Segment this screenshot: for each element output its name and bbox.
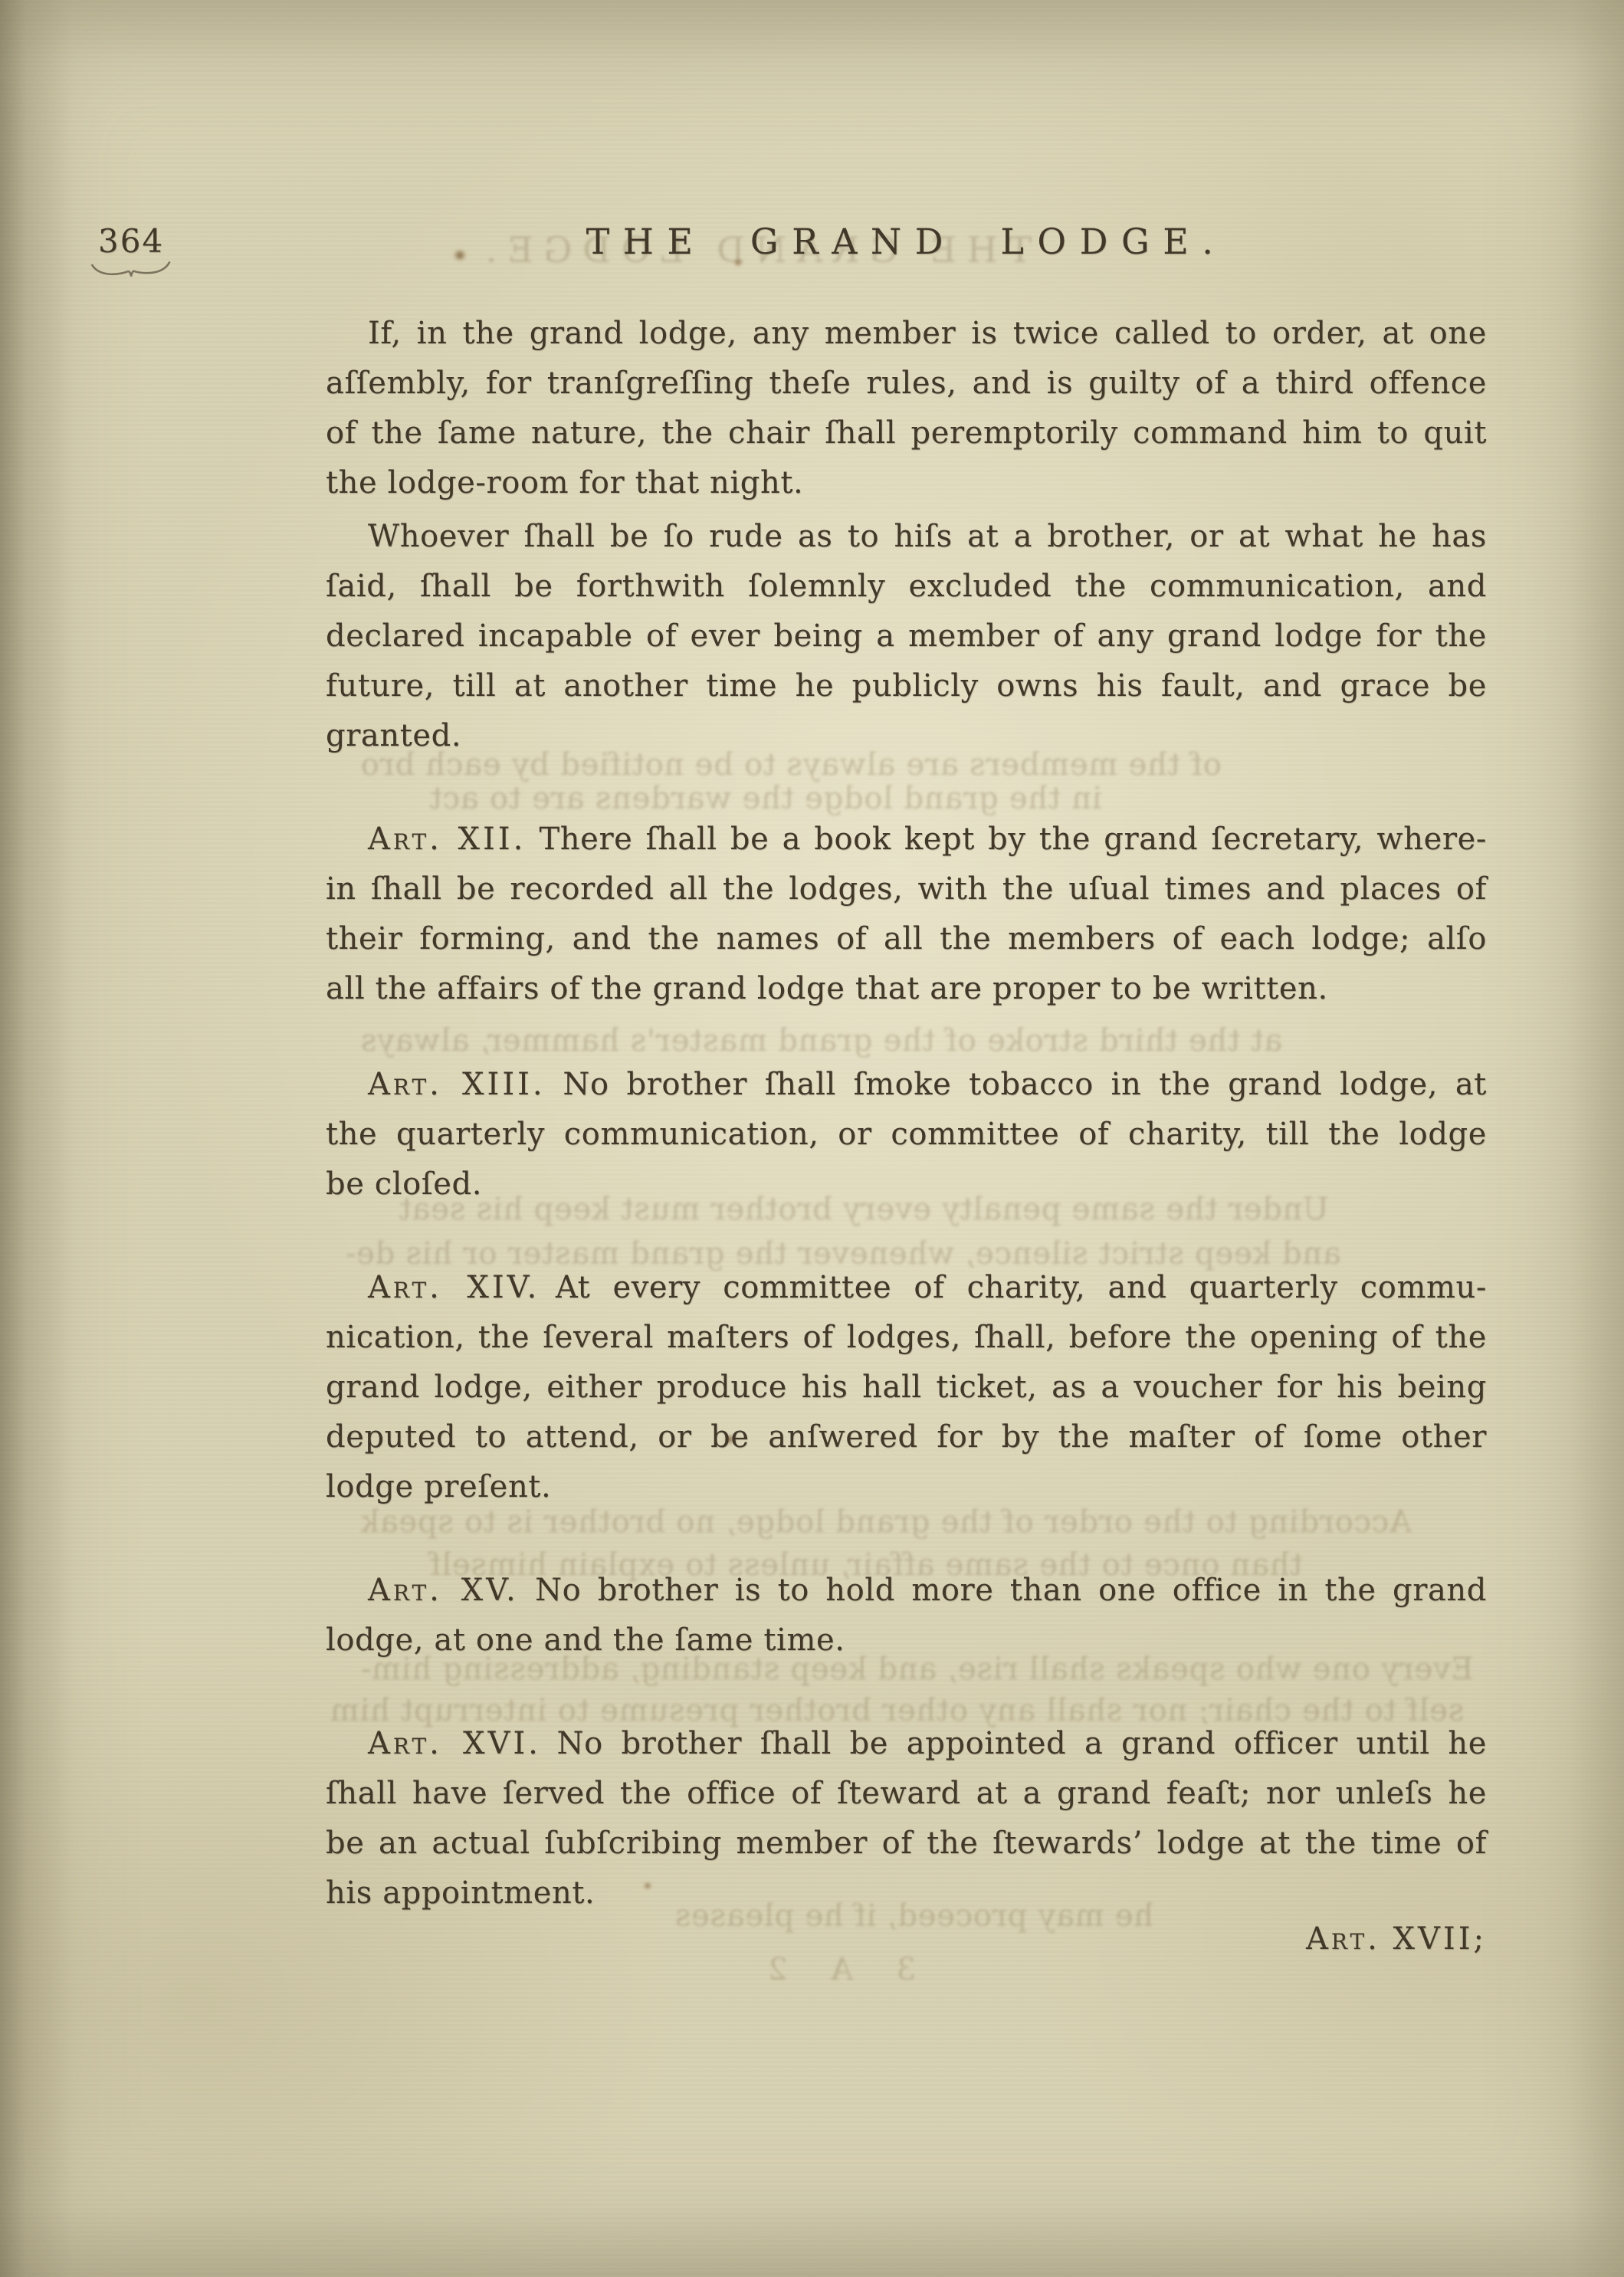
body-line: their forming, and the names of all the … <box>326 914 1487 964</box>
body-line: of the ſame nature, the chair ſhall pere… <box>326 408 1487 458</box>
body-line: be cloſed. <box>326 1160 1487 1209</box>
page-number-brace <box>89 259 174 285</box>
article-first-line-text: At every committee of charity, and quart… <box>540 1270 1487 1305</box>
body-line: nication, the ſeveral maſters of lodges,… <box>326 1313 1487 1363</box>
body-line: Whoever ſhall be ſo rude as to hiſs at a… <box>326 512 1487 562</box>
page-number: 364 <box>98 222 164 260</box>
body-line: grand lodge, either produce his hall tic… <box>326 1363 1487 1412</box>
body-line: Art. XIV. At every committee of charity,… <box>326 1263 1487 1313</box>
paragraph: Whoever ſhall be ſo rude as to hiſs at a… <box>326 512 1487 761</box>
article-label: Art. XV. <box>368 1573 519 1608</box>
book-page-scan: THE GRAND LODGE. of the members are alwa… <box>0 0 1624 2277</box>
body-line: Art. XII. There ſhall be a book kept by … <box>326 815 1487 865</box>
body-line: his appointment. <box>326 1869 1487 1918</box>
body-line: the lodge-room for that night. <box>326 458 1487 508</box>
body-line: be an actual ſubſcribing member of the ſ… <box>326 1819 1487 1869</box>
article-first-line-text: No brother ſhall ſmoke tobacco in the gr… <box>546 1067 1487 1102</box>
article-xiv: Art. XIV. At every committee of charity,… <box>326 1263 1487 1512</box>
body-line: ſaid, ſhall be forthwith ſolemnly exclud… <box>326 562 1487 612</box>
body-line: in ſhall be recorded all the lodges, wit… <box>326 865 1487 914</box>
body-line: Art. XV. No brother is to hold more than… <box>326 1566 1487 1616</box>
body-line: deputed to attend, or be anſwered for by… <box>326 1412 1487 1462</box>
body-line: granted. <box>326 711 1487 761</box>
show-through-text: at the third stroke of the grand master'… <box>360 1018 1282 1064</box>
paragraph: If, in the grand lodge, any member is tw… <box>326 309 1487 508</box>
article-first-line-text: No brother ſhall be appointed a grand of… <box>541 1726 1487 1761</box>
running-header: THE GRAND LODGE. <box>326 221 1487 262</box>
body-line: future, till at another time he publicly… <box>326 661 1487 711</box>
body-line: If, in the grand lodge, any member is tw… <box>326 309 1487 359</box>
article-label: Art. XIV. <box>368 1270 540 1305</box>
article-first-line-text: No brother is to hold more than one offi… <box>519 1573 1487 1608</box>
body-line: declared incapable of ever being a membe… <box>326 612 1487 661</box>
article-label: Art. XVI. <box>368 1726 541 1761</box>
body-line: ſhall have ſerved the office of ſteward … <box>326 1769 1487 1819</box>
article-xvi: Art. XVI. No brother ſhall be appointed … <box>326 1719 1487 1918</box>
body-line: the quarterly communication, or committe… <box>326 1110 1487 1160</box>
catchword-text: Art. XVII; <box>1306 1921 1487 1957</box>
body-line: all the affairs of the grand lodge that … <box>326 964 1487 1014</box>
catchword: Art. XVII; <box>326 1914 1487 1964</box>
body-line: lodge, at one and the ſame time. <box>326 1616 1487 1665</box>
body-line: Art. XIII. No brother ſhall ſmoke tobacc… <box>326 1060 1487 1110</box>
article-first-line-text: There ſhall be a book kept by the grand … <box>526 822 1487 857</box>
body-line: aſſembly, for tranſgreſſing theſe rules,… <box>326 359 1487 408</box>
body-line: Art. XVI. No brother ſhall be appointed … <box>326 1719 1487 1769</box>
article-xiii: Art. XIII. No brother ſhall ſmoke tobacc… <box>326 1060 1487 1209</box>
article-label: Art. XIII. <box>368 1067 546 1102</box>
body-line: lodge preſent. <box>326 1462 1487 1512</box>
article-xv: Art. XV. No brother is to hold more than… <box>326 1566 1487 1665</box>
article-label: Art. XII. <box>368 822 526 857</box>
article-xii: Art. XII. There ſhall be a book kept by … <box>326 815 1487 1014</box>
